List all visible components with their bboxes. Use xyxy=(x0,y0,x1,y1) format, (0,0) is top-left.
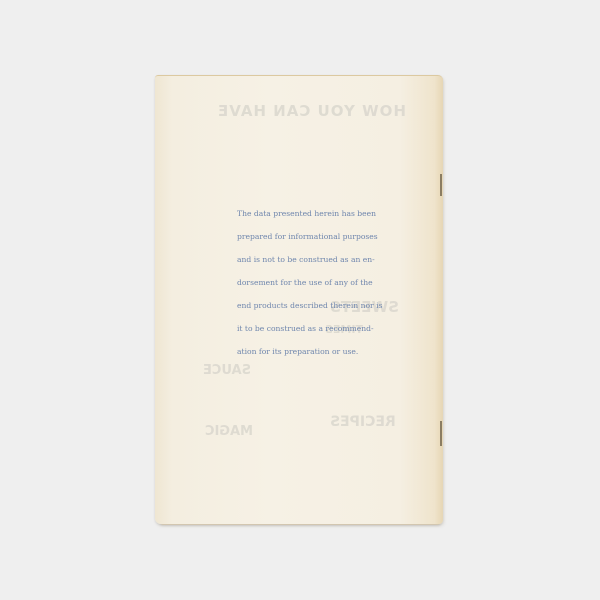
notice-line: end products described therein nor is xyxy=(237,294,394,317)
notice-line: dorsement for the use of any of the xyxy=(237,271,394,294)
notice-line: it to be construed as a recommend- xyxy=(237,317,394,340)
booklet-back-cover: HOW YOU CAN HAVE SWEETS TIMES SAUCE MAGI… xyxy=(155,75,443,524)
show-through-word: MAGIC xyxy=(205,424,253,439)
staple-top xyxy=(440,174,442,196)
notice-line: prepared for informational purposes xyxy=(237,225,394,248)
disclaimer-notice: The data presented herein has been prepa… xyxy=(237,202,394,363)
notice-line: ation for its preparation or use. xyxy=(237,340,394,363)
notice-line: The data presented herein has been xyxy=(237,202,394,225)
show-through-word: SAUCE xyxy=(203,363,251,378)
notice-line: and is not to be construed as an en- xyxy=(237,248,394,271)
staple-bottom xyxy=(440,421,442,446)
show-through-heading: HOW YOU CAN HAVE xyxy=(217,102,406,120)
show-through-word: RECIPES xyxy=(330,414,396,430)
